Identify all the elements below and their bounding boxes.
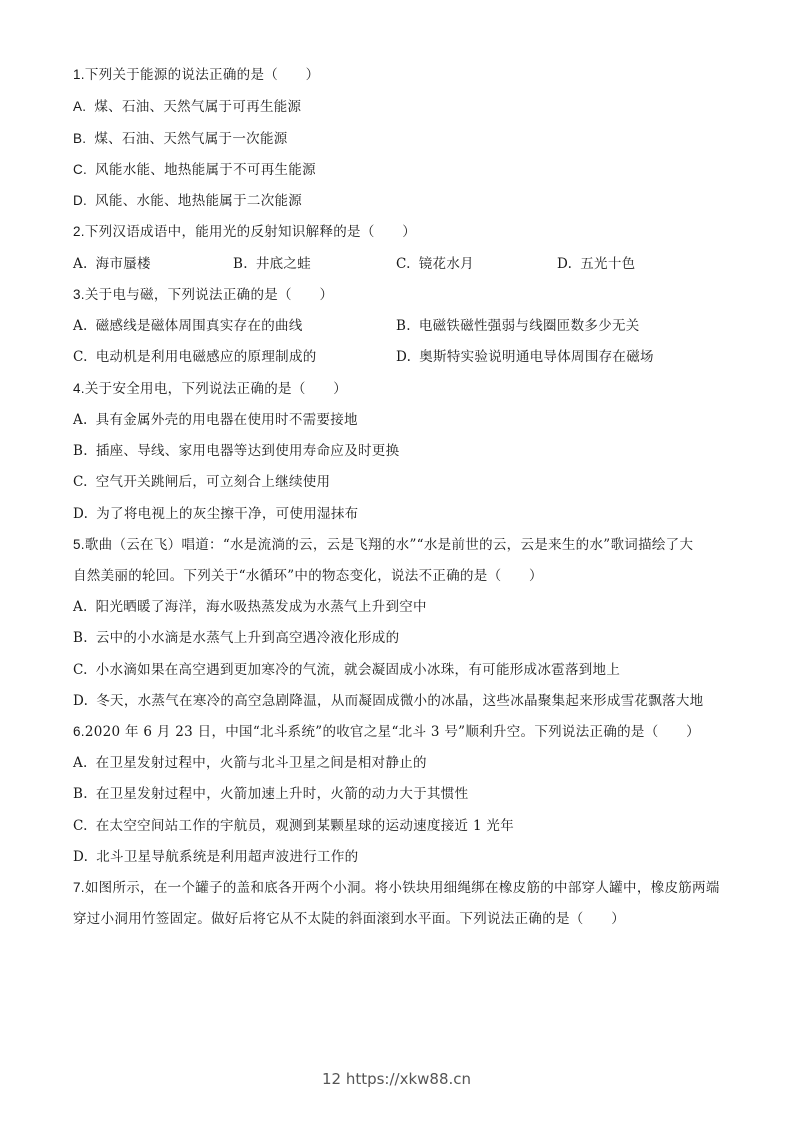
question-2-option-a: A.海市蜃楼 [73, 255, 151, 273]
question-3-stem: 3.关于电与磁，下列说法正确的是（ ） [73, 286, 333, 304]
question-5-stem-line-2: 自然美丽的轮回。下列关于“水循环”中的物态变化，说法不正确的是（ ） [73, 567, 543, 585]
question-2-option-c: C.镜花水月 [396, 255, 474, 273]
question-1-option-c: C.风能水能、地热能属于不可再生能源 [73, 161, 316, 179]
question-7-stem-line-2: 穿过小洞用竹签固定。做好后将它从不太陡的斜面滚到水平面。下列说法正确的是（ ） [73, 910, 625, 928]
question-6-stem: 6.2020 年 6 月 23 日，中国“北斗系统”的收官之星“北斗 3 号”顺… [73, 723, 700, 741]
question-3-option-b: B.电磁铁磁性强弱与线圈匝数多少无关 [396, 317, 640, 335]
question-4-option-a: A.具有金属外壳的用电器在使用时不需要接地 [73, 411, 358, 429]
question-1-option-d: D.风能、水能、地热能属于二次能源 [73, 192, 302, 210]
question-6-option-a: A.在卫星发射过程中，火箭与北斗卫星之间是相对静止的 [73, 754, 427, 772]
question-5-stem-line-1: 5.歌曲（云在飞）唱道：“水是流淌的云，云是飞翔的水”“水是前世的云，云是来生的… [73, 536, 693, 554]
page-footer: 12 https://xkw88.cn [0, 1070, 793, 1088]
question-5-option-b: B.云中的小水滴是水蒸气上升到高空遇冷液化形成的 [73, 629, 399, 647]
question-5-option-a: A.阳光晒暖了海洋，海水吸热蒸发成为水蒸气上升到空中 [73, 598, 427, 616]
question-3-option-c: C.电动机是利用电磁感应的原理制成的 [73, 348, 317, 366]
question-6-option-d: D.北斗卫星导航系统是利用超声波进行工作的 [73, 848, 358, 866]
question-1-option-b: B.煤、石油、天然气属于一次能源 [73, 130, 288, 148]
question-2-option-b: B.井底之蛙 [233, 255, 311, 273]
question-6-option-b: B.在卫星发射过程中，火箭加速上升时，火箭的动力大于其惯性 [73, 785, 468, 803]
question-2-option-d: D.五光十色 [557, 255, 635, 273]
question-5-option-c: C.小水滴如果在高空遇到更加寒冷的气流，就会凝固成小冰珠，有可能形成冰雹落到地上 [73, 661, 620, 679]
question-4-option-b: B.插座、导线、家用电器等达到使用寿命应及时更换 [73, 442, 399, 460]
question-3-option-d: D.奥斯特实验说明通电导体周围存在磁场 [396, 348, 654, 366]
question-6-option-c: C.在太空空间站工作的宇航员，观测到某颗星球的运动速度接近 1 光年 [73, 817, 514, 835]
page-number: 12 [322, 1070, 341, 1088]
question-1-option-a: A.煤、石油、天然气属于可再生能源 [73, 98, 301, 116]
footer-url: https://xkw88.cn [346, 1070, 471, 1088]
question-4-stem: 4.关于安全用电，下列说法正确的是（ ） [73, 380, 347, 398]
question-4-option-c: C.空气开关跳闸后，可立刻合上继续使用 [73, 473, 330, 491]
question-7-stem-line-1: 7.如图所示，在一个罐子的盖和底各开两个小洞。将小铁块用细绳绑在橡皮筋的中部穿人… [73, 879, 720, 897]
question-3-option-a: A.磁感线是磁体周围真实存在的曲线 [73, 317, 303, 335]
question-1-stem: 1.下列关于能源的说法正确的是（ ） [73, 66, 319, 84]
question-4-option-d: D.为了将电视上的灰尘擦干净，可使用湿抹布 [73, 505, 358, 523]
question-2-stem: 2.下列汉语成语中，能用光的反射知识解释的是（ ） [73, 223, 416, 241]
question-5-option-d: D.冬天，水蒸气在寒冷的高空急剧降温，从而凝固成微小的冰晶，这些冰晶聚集起来形成… [73, 692, 703, 710]
